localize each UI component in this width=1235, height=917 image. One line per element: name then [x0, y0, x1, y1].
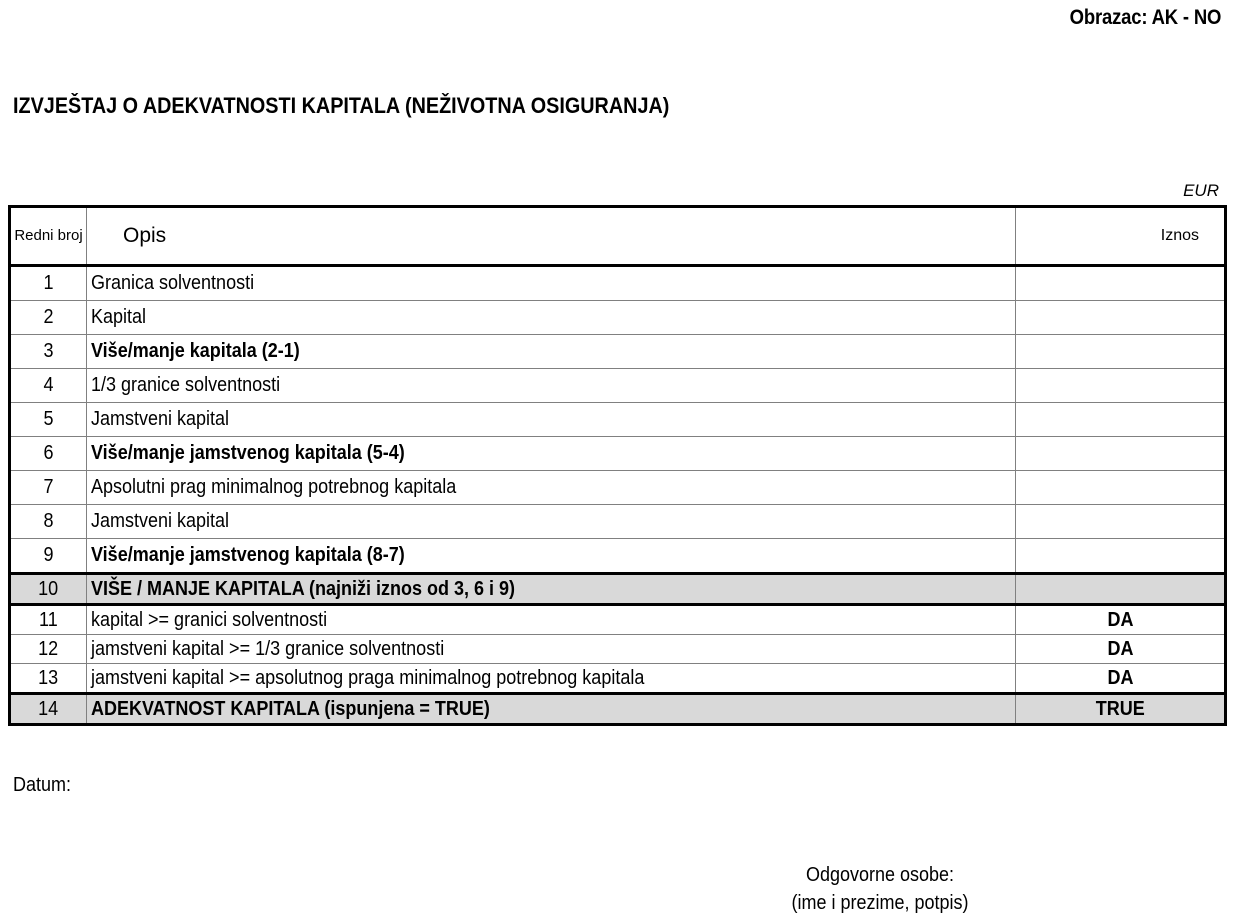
row-amount[interactable] — [1016, 437, 1226, 471]
row-amount[interactable] — [1016, 266, 1226, 301]
row-description: Više/manje jamstvenog kapitala (5-4) — [87, 437, 1016, 471]
table-row: 11kapital >= granici solventnostiDA — [10, 605, 1226, 635]
row-description: Kapital — [87, 301, 1016, 335]
signature-block: Odgovorne osobe: (ime i prezime, potpis) — [760, 861, 1000, 917]
row-number: 2 — [10, 301, 87, 335]
row-number: 8 — [10, 505, 87, 539]
row-number: 3 — [10, 335, 87, 369]
row-description: Jamstveni kapital — [87, 403, 1016, 437]
table-row: 6Više/manje jamstvenog kapitala (5-4) — [10, 437, 1226, 471]
row-number: 9 — [10, 539, 87, 574]
capital-adequacy-table: Redni broj Opis Iznos 1Granica solventno… — [8, 205, 1227, 726]
row-number: 1 — [10, 266, 87, 301]
row-description: Granica solventnosti — [87, 266, 1016, 301]
row-description: VIŠE / MANJE KAPITALA (najniži iznos od … — [87, 574, 1016, 605]
row-number: 12 — [10, 635, 87, 664]
row-description: Više/manje jamstvenog kapitala (8-7) — [87, 539, 1016, 574]
row-description: jamstveni kapital >= 1/3 granice solvent… — [87, 635, 1016, 664]
row-description: 1/3 granice solventnosti — [87, 369, 1016, 403]
row-amount[interactable] — [1016, 369, 1226, 403]
table-body: 1Granica solventnosti2Kapital3Više/manje… — [10, 266, 1226, 725]
responsible-hint: (ime i prezime, potpis) — [772, 889, 988, 917]
table-row: 1Granica solventnosti — [10, 266, 1226, 301]
row-description: Jamstveni kapital — [87, 505, 1016, 539]
row-amount[interactable] — [1016, 335, 1226, 369]
table-row: 9Više/manje jamstvenog kapitala (8-7) — [10, 539, 1226, 574]
row-description: jamstveni kapital >= apsolutnog praga mi… — [87, 664, 1016, 694]
row-amount[interactable]: TRUE — [1016, 694, 1226, 725]
row-number: 5 — [10, 403, 87, 437]
row-number: 13 — [10, 664, 87, 694]
row-amount[interactable] — [1016, 301, 1226, 335]
row-description: Više/manje kapitala (2-1) — [87, 335, 1016, 369]
responsible-label: Odgovorne osobe: — [772, 861, 988, 889]
header-number: Redni broj — [10, 207, 87, 266]
table-row: 7Apsolutni prag minimalnog potrebnog kap… — [10, 471, 1226, 505]
table-row: 2Kapital — [10, 301, 1226, 335]
row-amount[interactable] — [1016, 403, 1226, 437]
table-row: 5Jamstveni kapital — [10, 403, 1226, 437]
table-row: 10VIŠE / MANJE KAPITALA (najniži iznos o… — [10, 574, 1226, 605]
row-number: 11 — [10, 605, 87, 635]
row-description: Apsolutni prag minimalnog potrebnog kapi… — [87, 471, 1016, 505]
table-row: 3Više/manje kapitala (2-1) — [10, 335, 1226, 369]
table-row: 14ADEKVATNOST KAPITALA (ispunjena = TRUE… — [10, 694, 1226, 725]
row-number: 7 — [10, 471, 87, 505]
header-description: Opis — [87, 207, 1016, 266]
report-title: IZVJEŠTAJ O ADEKVATNOSTI KAPITALA (NEŽIV… — [13, 93, 669, 119]
table-row: 12jamstveni kapital >= 1/3 granice solve… — [10, 635, 1226, 664]
row-number: 10 — [10, 574, 87, 605]
row-number: 14 — [10, 694, 87, 725]
row-amount[interactable] — [1016, 471, 1226, 505]
header-amount: Iznos — [1016, 207, 1226, 266]
row-amount[interactable] — [1016, 539, 1226, 574]
row-number: 4 — [10, 369, 87, 403]
form-code: Obrazac: AK - NO — [1069, 6, 1221, 30]
row-amount[interactable] — [1016, 505, 1226, 539]
row-amount[interactable] — [1016, 574, 1226, 605]
table-row: 41/3 granice solventnosti — [10, 369, 1226, 403]
row-number: 6 — [10, 437, 87, 471]
row-description: ADEKVATNOST KAPITALA (ispunjena = TRUE) — [87, 694, 1016, 725]
table-row: 8Jamstveni kapital — [10, 505, 1226, 539]
table-header-row: Redni broj Opis Iznos — [10, 207, 1226, 266]
currency-label: EUR — [1183, 181, 1219, 201]
date-label: Datum: — [13, 774, 71, 797]
table-row: 13jamstveni kapital >= apsolutnog praga … — [10, 664, 1226, 694]
row-description: kapital >= granici solventnosti — [87, 605, 1016, 635]
row-amount[interactable]: DA — [1016, 605, 1226, 635]
row-amount[interactable]: DA — [1016, 664, 1226, 694]
row-amount[interactable]: DA — [1016, 635, 1226, 664]
